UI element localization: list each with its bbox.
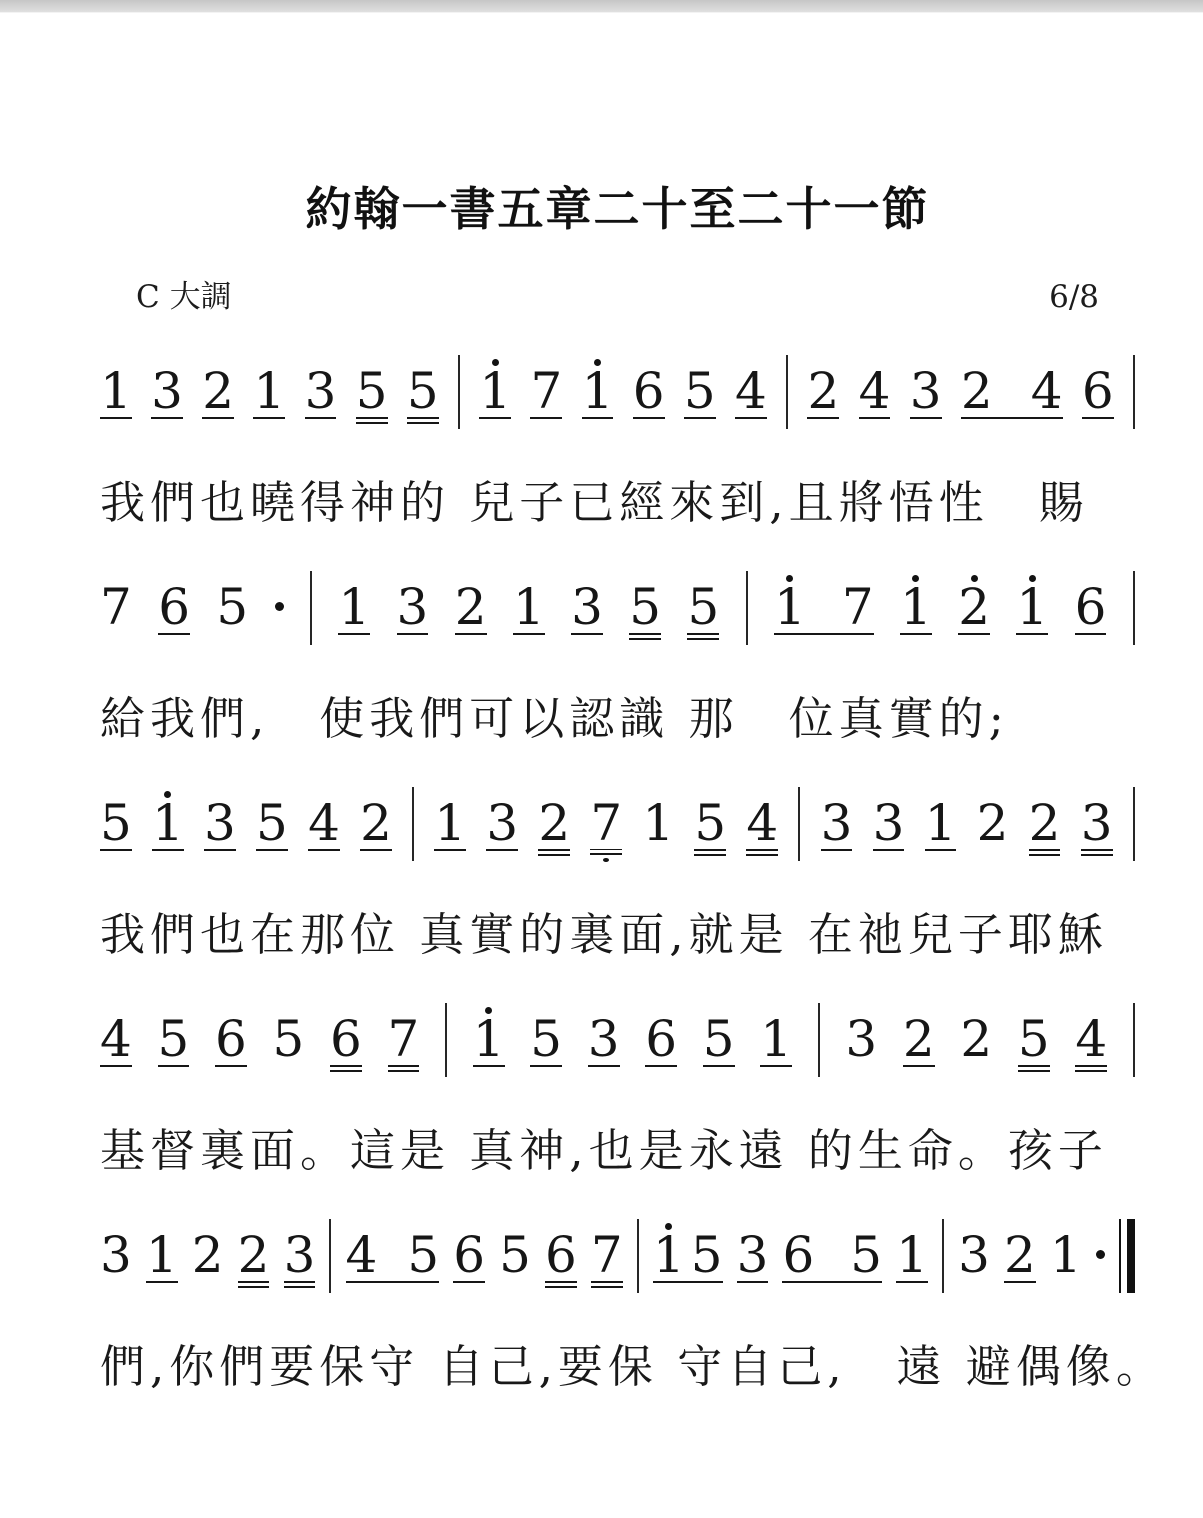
beam-lines [397, 628, 429, 646]
beam-lines [845, 1060, 877, 1078]
beam-lines [1016, 628, 1048, 646]
note-number: 3 [588, 1018, 620, 1060]
beam-line [903, 1065, 935, 1067]
note-number: 5 [256, 802, 288, 844]
note-digit-stack: 2 [960, 1004, 992, 1060]
note-number: 1 [582, 370, 614, 412]
beam-line [338, 633, 370, 635]
note-number: 4 [1075, 1018, 1107, 1060]
note-number: 7 [591, 1234, 623, 1276]
beam-line [545, 1286, 577, 1288]
note: 1 [925, 788, 957, 862]
note-digit-stack: 3 [821, 788, 853, 844]
final-bar-thick [1127, 1219, 1135, 1293]
barline [1133, 787, 1135, 861]
note-number: 3 [821, 802, 853, 844]
note-number: 2 [903, 1018, 935, 1060]
note-number: 2 [958, 586, 990, 628]
beam-lines [479, 412, 511, 430]
beam-line [1029, 854, 1061, 856]
beam-lines [253, 412, 285, 430]
note: 3 [821, 788, 853, 862]
beam-lines [896, 1276, 928, 1294]
beam-lines [1004, 1276, 1036, 1294]
beam-lines [308, 844, 340, 862]
note-number: 3 [284, 1234, 316, 1276]
note: 2 [1004, 1220, 1036, 1294]
beamed-note-group: 45 [346, 1220, 440, 1294]
note-digit-stack: 7 [842, 572, 874, 628]
notation-row: 1321355171654243246 [100, 354, 1135, 430]
beam-line [158, 633, 190, 635]
beam-lines [330, 1060, 362, 1078]
beam-lines [900, 628, 932, 646]
beam-line [530, 417, 562, 419]
note: 6 [1082, 356, 1114, 430]
group-digits: 45 [346, 1220, 440, 1276]
beam-lines [192, 1276, 224, 1294]
note-digit-stack: 6 [158, 572, 190, 628]
beam-lines [538, 844, 570, 862]
note: 2 [192, 1220, 224, 1294]
note-number: 5 [158, 1018, 190, 1060]
system-3: 5135421327154331223 我們也在那位 真實的裏面,就是 在祂兒子… [100, 786, 1135, 962]
lyrics-line: 們,你們要保守 自己,要保 守自己, 遠 避偶像。 [100, 1340, 1135, 1394]
barline [1133, 571, 1135, 645]
note-number: 6 [545, 1234, 577, 1276]
beam-line [202, 417, 234, 419]
beam-lines [151, 412, 183, 430]
beam-line [774, 633, 874, 635]
note-number: 1 [479, 370, 511, 412]
note-number: 4 [100, 1018, 132, 1060]
note-number: 7 [100, 586, 132, 628]
beam-lines [571, 628, 603, 646]
beam-line [100, 417, 132, 419]
beam-line [215, 1065, 247, 1067]
note: 3 [397, 572, 429, 646]
beam-lines [455, 628, 487, 646]
page: { "header": { "title": "約翰一書五章二十至二十一節", … [0, 0, 1203, 1518]
beam-line [782, 1281, 882, 1283]
note-number: 1 [100, 370, 132, 412]
note-digit-stack: 1 [100, 356, 132, 412]
note-number: 6 [158, 586, 190, 628]
beam-lines [356, 412, 388, 430]
beam-lines [642, 844, 674, 862]
note-digit-stack: 5 [694, 788, 726, 844]
note-digit-stack: 3 [151, 356, 183, 412]
barline [786, 355, 788, 429]
note: 1 [1050, 1220, 1082, 1294]
note-number: 7 [388, 1018, 420, 1060]
note-digit-stack: 1 [1016, 572, 1048, 628]
note: 2 [202, 356, 234, 430]
note-digit-stack: 4 [1031, 356, 1063, 412]
beam-line [397, 633, 429, 635]
beam-lines [958, 1276, 990, 1294]
beamed-note-group: 65 [782, 1220, 882, 1294]
system-4: 45656715365132254 基督裏面。這是 真神,也是永遠 的生命。孩子 [100, 1002, 1135, 1178]
note-number: 2 [538, 802, 570, 844]
beam-lines [100, 1276, 132, 1294]
note-digit-stack: 7 [388, 1004, 420, 1060]
note-number: 2 [360, 802, 392, 844]
beam-line [746, 849, 778, 851]
note-digit-stack: 1 [434, 788, 466, 844]
note-digit-stack: 4 [346, 1220, 378, 1276]
note-digit-stack: 1 [642, 788, 674, 844]
beam-lines [305, 412, 337, 430]
note-digit-stack: 2 [238, 1220, 270, 1276]
note-digit-stack: 1 [582, 356, 614, 412]
beam-lines [1018, 1060, 1050, 1078]
note: 1 [434, 788, 466, 862]
note: 3 [486, 788, 518, 862]
note-number: 2 [1004, 1234, 1036, 1276]
beam-lines [694, 844, 726, 862]
note-digit-stack: 1 [774, 572, 806, 628]
notation-row: 31223456567153651321 [100, 1218, 1135, 1294]
note: 4 [100, 1004, 132, 1078]
beam-line [152, 849, 184, 851]
note-digit-stack: 3 [284, 1220, 316, 1276]
beamed-note-group: 17 [774, 572, 874, 646]
note-digit-stack: 1 [473, 1004, 505, 1060]
beam-lines [216, 628, 248, 646]
beam-line [407, 417, 439, 419]
beamed-note-group: 15 [653, 1220, 723, 1294]
beam-lines [760, 1060, 792, 1078]
note-digit-stack: 5 [499, 1220, 531, 1276]
beam-line [588, 1065, 620, 1067]
beam-line [910, 417, 942, 419]
beam-line [582, 417, 614, 419]
system-1: 1321355171654243246 我們也曉得神的 兒子已經來到,且將悟性 … [100, 354, 1135, 530]
beam-lines [338, 628, 370, 646]
note: 1 [896, 1220, 928, 1294]
note: 6 [453, 1220, 485, 1294]
window-top-edge [0, 0, 1203, 13]
note-digit-stack: 3 [588, 1004, 620, 1060]
beam-line [538, 849, 570, 851]
beam-lines [473, 1060, 505, 1078]
note-digit-stack: 5 [530, 1004, 562, 1060]
note-digit-stack: 1 [253, 356, 285, 412]
note: 2 [977, 788, 1009, 862]
note-number: 5 [629, 586, 661, 628]
note: 4 [1075, 1004, 1107, 1078]
note: 3 [571, 572, 603, 646]
beam-lines [629, 628, 661, 646]
note-digit-stack: 1 [1050, 1220, 1082, 1276]
note-number: 3 [910, 370, 942, 412]
note: 1 [513, 572, 545, 646]
beam-lines [903, 1060, 935, 1078]
lyrics-line: 我們也曉得神的 兒子已經來到,且將悟性 賜 [100, 476, 1135, 530]
note-number: 5 [684, 370, 716, 412]
note: 5 [694, 788, 726, 862]
note-digit-stack: 5 [100, 788, 132, 844]
note: 1 [582, 356, 614, 430]
note-number: 3 [486, 802, 518, 844]
note-digit-stack: 2 [961, 356, 993, 412]
note: 3 [284, 1220, 316, 1294]
beam-line [1004, 1281, 1036, 1283]
note: 3 [910, 356, 942, 430]
notation-row: 5135421327154331223 [100, 786, 1135, 862]
beam-line [1082, 417, 1114, 419]
note-digit-stack: 2 [455, 572, 487, 628]
note-digit-stack: 5 [256, 788, 288, 844]
beam-line [1075, 1070, 1107, 1072]
note-digit-stack: 1 [513, 572, 545, 628]
beam-line [388, 1070, 420, 1072]
beam-lines [100, 844, 132, 862]
beam-lines [284, 1276, 316, 1294]
barline [412, 787, 414, 861]
beam-line [388, 1065, 420, 1067]
beam-line [653, 1281, 723, 1283]
note: 6 [158, 572, 190, 646]
beam-line [961, 417, 1063, 419]
note-digit-stack: 3 [571, 572, 603, 628]
note: 7 [100, 572, 132, 646]
note-number: 2 [202, 370, 234, 412]
note-digit-stack: 5 [407, 1220, 439, 1276]
notation-row: 45656715365132254 [100, 1002, 1135, 1078]
note-number: 1 [900, 586, 932, 628]
beam-line [1018, 1070, 1050, 1072]
beam-lines [590, 844, 622, 862]
note-number: 7 [842, 586, 874, 628]
beam-line [896, 1281, 928, 1283]
beam-lines [782, 1276, 882, 1294]
note-number: 1 [1016, 586, 1048, 628]
note: 1 [642, 788, 674, 862]
beam-line [100, 849, 132, 851]
note: 2 [960, 1004, 992, 1078]
note-number: 4 [1031, 370, 1063, 412]
note: 5 [356, 356, 388, 430]
augmentation-dot [1096, 1250, 1105, 1259]
beam-lines [486, 844, 518, 862]
beam-line [238, 1281, 270, 1283]
beam-line [356, 417, 388, 419]
beam-line [473, 1065, 505, 1067]
final-barline [1119, 1219, 1135, 1293]
note-number: 1 [513, 586, 545, 628]
note-digit-stack: 1 [760, 1004, 792, 1060]
note-number: 2 [1029, 802, 1061, 844]
note-number: 3 [397, 586, 429, 628]
note-digit-stack: 2 [192, 1220, 224, 1276]
note-number: 1 [896, 1234, 928, 1276]
note: 1 [146, 1220, 178, 1294]
beam-lines [703, 1060, 735, 1078]
note-digit-stack: 7 [100, 572, 132, 628]
note-digit-stack: 1 [146, 1220, 178, 1276]
note: 1 [479, 356, 511, 430]
beam-lines [530, 1060, 562, 1078]
note: 5 [158, 1004, 190, 1078]
note-number: 1 [774, 586, 806, 628]
note-number: 1 [925, 802, 957, 844]
note-number: 5 [694, 802, 726, 844]
note-digit-stack: 1 [900, 572, 932, 628]
note-number: 6 [330, 1018, 362, 1060]
note: 6 [330, 1004, 362, 1078]
beam-lines [256, 844, 288, 862]
beam-lines [388, 1060, 420, 1078]
note-digit-stack: 6 [453, 1220, 485, 1276]
note-digit-stack: 2 [807, 356, 839, 412]
note: 4 [308, 788, 340, 862]
beam-lines [807, 412, 839, 430]
note-number: 5 [530, 1018, 562, 1060]
note-number: 6 [782, 1234, 814, 1276]
beam-lines [1075, 628, 1107, 646]
beam-line [821, 849, 853, 851]
note: 3 [305, 356, 337, 430]
note-digit-stack: 6 [215, 1004, 247, 1060]
note-digit-stack: 4 [1075, 1004, 1107, 1060]
beam-lines [407, 412, 439, 430]
note-number: 2 [455, 586, 487, 628]
system-2: 7651321355171216 給我們, 使我們可以認識 那 位真實的; [100, 570, 1135, 746]
note-number: 1 [146, 1234, 178, 1276]
beam-line [455, 633, 487, 635]
note-digit-stack: 7 [591, 1220, 623, 1276]
note-number: 2 [192, 1234, 224, 1276]
group-digits: 24 [961, 356, 1063, 412]
beam-line [687, 638, 719, 640]
barline [942, 1219, 944, 1293]
note-digit-stack: 6 [782, 1220, 814, 1276]
note: 4 [859, 356, 891, 430]
beam-line [253, 417, 285, 419]
note-digit-stack: 3 [737, 1220, 769, 1276]
note: 1 [473, 1004, 505, 1078]
note: 7 [591, 1220, 623, 1294]
beam-lines [684, 412, 716, 430]
beam-lines [958, 628, 990, 646]
note: 5 [256, 788, 288, 862]
note-number: 3 [204, 802, 236, 844]
beam-lines [645, 1060, 677, 1078]
beam-line [308, 849, 340, 851]
note-digit-stack: 5 [703, 1004, 735, 1060]
beam-line [737, 1281, 769, 1283]
beam-line [571, 633, 603, 635]
beam-lines [859, 412, 891, 430]
note-digit-stack: 3 [1081, 788, 1113, 844]
note-digit-stack: 6 [1075, 572, 1107, 628]
note-number: 5 [499, 1234, 531, 1276]
note: 3 [100, 1220, 132, 1294]
note-digit-stack: 4 [735, 356, 767, 412]
note-digit-stack: 3 [910, 356, 942, 412]
barline [1133, 1003, 1135, 1077]
note: 2 [455, 572, 487, 646]
beam-lines [1029, 844, 1061, 862]
note: 7 [590, 788, 622, 862]
note-number: 1 [473, 1018, 505, 1060]
beam-line [873, 849, 905, 851]
beam-line [694, 854, 726, 856]
beam-lines [158, 628, 190, 646]
note: 6 [633, 356, 665, 430]
note: 5 [629, 572, 661, 646]
beam-lines [961, 412, 1063, 430]
beam-line [1081, 849, 1113, 851]
note-number: 5 [687, 586, 719, 628]
note: 6 [1075, 572, 1107, 646]
beam-line [346, 1281, 440, 1283]
note-number: 2 [960, 1018, 992, 1060]
note-digit-stack: 2 [903, 1004, 935, 1060]
beam-lines [545, 1276, 577, 1294]
note: 6 [215, 1004, 247, 1078]
note-digit-stack: 5 [1018, 1004, 1050, 1060]
sheet-music-page: 約翰一書五章二十至二十一節 C 大調 6/8 13213551716542432… [0, 173, 1203, 1394]
note-number: 6 [215, 1018, 247, 1060]
beam-line [859, 417, 891, 419]
note-number: 6 [453, 1234, 485, 1276]
note: 5 [273, 1004, 305, 1078]
note-digit-stack: 5 [684, 356, 716, 412]
note-digit-stack: 2 [202, 356, 234, 412]
beam-lines [100, 412, 132, 430]
beam-lines [633, 412, 665, 430]
note-number: 5 [356, 370, 388, 412]
note-digit-stack: 2 [958, 572, 990, 628]
beam-line [513, 633, 545, 635]
note: 5 [100, 788, 132, 862]
beam-line [684, 417, 716, 419]
note-digit-stack: 5 [687, 572, 719, 628]
note-digit-stack: 2 [1029, 788, 1061, 844]
note-number: 1 [338, 586, 370, 628]
beam-lines [746, 844, 778, 862]
note-digit-stack: 3 [873, 788, 905, 844]
note: 6 [545, 1220, 577, 1294]
note-number: 1 [653, 1234, 685, 1276]
beam-line [330, 1065, 362, 1067]
beam-lines [821, 844, 853, 862]
beam-lines [215, 1060, 247, 1078]
note: 2 [238, 1220, 270, 1294]
note-digit-stack: 4 [308, 788, 340, 844]
meta-row: C 大調 6/8 [100, 271, 1135, 316]
note-number: 4 [346, 1234, 378, 1276]
note: 2 [538, 788, 570, 862]
note-number: 2 [238, 1234, 270, 1276]
note: 1 [900, 572, 932, 646]
barline [637, 1219, 639, 1293]
note: 5 [216, 572, 248, 646]
note: 1 [1016, 572, 1048, 646]
note-digit-stack: 1 [653, 1220, 685, 1276]
note-number: 4 [308, 802, 340, 844]
note-number: 1 [152, 802, 184, 844]
beam-line [1075, 1065, 1107, 1067]
note-digit-stack: 3 [486, 788, 518, 844]
beam-line [1018, 1065, 1050, 1067]
beam-line [360, 849, 392, 851]
beam-line [146, 1281, 178, 1283]
note-digit-stack: 5 [273, 1004, 305, 1060]
